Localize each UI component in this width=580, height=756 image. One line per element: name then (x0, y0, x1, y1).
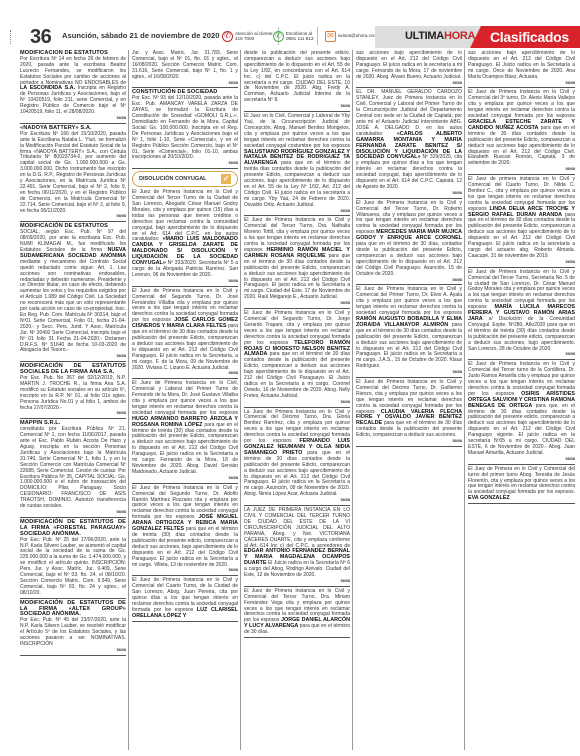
notice-body: El Juez de Primera Instancia en lo Civil… (356, 286, 462, 316)
notice-code: 58/08 (132, 81, 238, 87)
classified-notice: El Juez de Primera Instancia en lo Civil… (132, 288, 238, 380)
page-header: 36 Asunción, sábado 21 de noviembre de 2… (0, 26, 580, 48)
classified-notice: CONSTITUCIÓN DE SOCIEDADPor Esc. Nº 93 d… (132, 89, 238, 169)
customer-service-contact: ✆ Atención al cliente:415 7000 (222, 27, 279, 45)
classified-notice: El Juez de Primera Instancia en lo Civil… (132, 485, 238, 577)
notice-body: El Juez de Primera en lo Civil y Comerci… (468, 466, 575, 496)
notice-heading: MODIFICACIÓN DE ESTATUTOS DE LA FIRMA «F… (20, 520, 126, 538)
phone-icon: ✆ (222, 31, 233, 42)
notice-code: 58/08 (20, 411, 126, 417)
classified-notice: sus acciones bajo apercibimiento de lo d… (356, 50, 462, 88)
notice-body: constituida por Escritura Pública Nº 21,… (20, 426, 126, 509)
notice-body-tail: para que en el término de 30 días, conta… (356, 241, 462, 277)
column-2: Jur. y Asoc. Matríc. Jur. 31.783, Serie … (132, 50, 241, 750)
classified-notice: El Juez en lo Civil, Comercial y Laboral… (244, 113, 350, 216)
notice-body-tail: para que en el término de 30 días contad… (132, 323, 238, 370)
classifieds-columns: MODIFICACIÓN DE ESTATUTOSPor Escritura N… (20, 50, 580, 750)
notice-body: El Juez de Primera Instancia en lo Civil… (132, 380, 238, 416)
notice-body-tail: Nº 329/2020, cita y emplaza por quince d… (356, 154, 462, 190)
whatsapp-icon: ✆ (273, 31, 284, 42)
classified-notice: El Juez de Primera Instancia en lo Civil… (132, 189, 238, 287)
notice-body: El Juez de Primera Instancia en lo Civil… (132, 189, 238, 242)
notice-body: sus acciones bajo apercibimiento de lo d… (468, 50, 575, 80)
contact-value: 415 7000 (235, 36, 254, 41)
classified-notice: El Juez de Primera Instancia en lo Civil… (356, 286, 462, 378)
notice-heading: MODIFICACIÓN DE ESTATUTOS DE LA FIRMA «A… (20, 601, 126, 619)
classified-notice: MODIFICACIÓN DE ESTATUTOSPor Escritura N… (20, 50, 126, 124)
notice-code: 58/08 (244, 579, 350, 585)
classified-notice: MODIFICACIÓN DE ESTATUTOS DE LA FIRMA «A… (20, 600, 126, 656)
column-3: desde la publicación del presente edicto… (244, 50, 353, 750)
notice-body: sus acciones bajo apercibimiento de lo d… (356, 50, 462, 80)
brand-part2: HORA (444, 30, 475, 42)
notice-body-tail: para que en el término de 30 días contad… (356, 322, 462, 369)
notice-code: 58/08 (20, 214, 126, 220)
notice-code: 58/08 (244, 104, 350, 110)
notice-code: 58/08 (468, 260, 575, 266)
notice-code: 58/08 (356, 439, 462, 445)
section-title: Clasificados (470, 26, 580, 48)
notice-body-tail: para que en el término de 30 días contad… (468, 125, 575, 166)
notice-body: Por Esc. Nº 93 del 12/10/2020, pasada an… (132, 95, 238, 160)
notice-code: 58/08 (132, 161, 238, 167)
classified-notice: El Juez de Primera Instancia en lo Civil… (132, 380, 238, 483)
notice-code: 58/08 (20, 510, 126, 516)
classified-notice: El Juez de primera instancia en lo Civil… (468, 176, 575, 268)
classified-notice: El Juez de Primera Instancia en lo Civil… (468, 89, 575, 175)
notice-code: 58/08 (244, 400, 350, 406)
page-number: 36 (30, 26, 51, 48)
notice-body: EL DR. MANUEL GERALDO CARDOZO STANLEY, J… (356, 89, 462, 136)
classified-notice: El Juez de Primera Instancia en lo Civil… (468, 269, 575, 361)
classified-notice: El Juez de Primera Instancia en lo Civil… (132, 577, 238, 621)
notice-body-tail: para que en el término de treinta (30) d… (132, 526, 238, 567)
notice-code: 58/08 (356, 278, 462, 284)
notice-body-tail: mediante y mecanismo del Contrato Social… (20, 259, 126, 354)
notice-code: 58/08 (468, 457, 575, 463)
notice-code: 58/08 (468, 167, 575, 173)
column-5: sus acciones bajo apercibimiento de lo d… (468, 50, 577, 750)
notice-body: Por Esc. Pub. Nº 25 del 17/06/2020, ante… (20, 537, 126, 596)
notice-body-tail: para que en el término de 30 días contad… (244, 450, 350, 497)
notice-body: Por Escritura Nº 14 en fecha 26 de febre… (20, 56, 126, 86)
classified-notice: La Juez de Primera Instancia en lo Civil… (244, 409, 350, 507)
classified-notice: El Juez de Primera Instancia en lo Civil… (468, 361, 575, 464)
notice-code: 58/08 (20, 116, 126, 122)
notice-code: 58/08 (132, 476, 238, 482)
notice-code: 58/08 (20, 354, 126, 360)
notice-code: 58/08 (468, 352, 575, 358)
notice-body: Por Esc. Pub. No 367 del 02/12/2019, N.P… (20, 375, 126, 411)
section-banner: DISOLUCIÓN CONYUGAL✓ (132, 171, 238, 187)
classified-notice: Modificación de Estatutos Sociales de la… (20, 363, 126, 419)
classified-notice: sus acciones bajo apercibimiento de lo d… (468, 50, 575, 88)
classified-notice: «NADOYA BATTERY» S.A.Por Escritura Nº 16… (20, 125, 126, 223)
notice-body: El Juez de Primera Instancia en lo Civil… (468, 89, 575, 119)
classified-notice: Jur. y Asoc. Matríc. Jur. 31.783, Serie … (132, 50, 238, 88)
whatsapp-contact: ✆ Escribinos al0981 111 813 (273, 27, 318, 45)
notice-code: 58/08 (244, 301, 350, 307)
classified-notice: El Juez de Primera Instancia en lo Civil… (356, 379, 462, 447)
column-1: MODIFICACIÓN DE ESTATUTOSPor Escritura N… (20, 50, 129, 750)
notice-body: Por Esc. Pub. Nº 45 del 23/07/2020, ante… (20, 617, 126, 647)
brand-logo: ULTIMAHORA (405, 30, 475, 42)
classified-notice: El Juez de Primera Instancia en lo Civil… (244, 217, 350, 309)
notice-body-tail: para que en el término de treinta (30) d… (132, 422, 238, 475)
notice-body: LA JUEZ DE PRIMERA INSTANCIA EN LO CIVIL… (244, 507, 350, 548)
classified-notice: MAPPIN S.R.L.constituida por Escritura P… (20, 420, 126, 518)
notice-code: 58/08 (356, 81, 462, 87)
brand-part1: ULTIMA (405, 30, 444, 42)
notice-body-tail: para que en el término de 30 días contad… (244, 253, 350, 300)
dateline: Asunción, sábado 21 de noviembre de 2020 (62, 31, 219, 40)
notice-code: 58/08 (244, 209, 350, 215)
notice-body: Por Escritura Nº 166 del 15/10/2020, pas… (20, 131, 126, 214)
classified-notice: MODIFICACIÓN DE ESTATUTOSSOCIAL, según E… (20, 223, 126, 362)
notice-code: 58/08 (132, 371, 238, 377)
classified-notice: El Juez de Primera en lo Civil y Comerci… (468, 466, 575, 504)
notice-code: 58/08 (356, 370, 462, 376)
classified-notice: El Juez de Primera Instancia en lo Civil… (244, 310, 350, 408)
notice-body: desde la publicación del presente edicto… (244, 50, 350, 103)
notice-party-names: EVA GONZALEZ (468, 495, 510, 501)
notice-code: 58/08 (356, 191, 462, 197)
classified-notice: EL DR. MANUEL GERALDO CARDOZO STANLEY, J… (356, 89, 462, 198)
notice-code: 58/08 (468, 81, 575, 87)
classified-notice: El Juez de Primera Instancia en lo Civil… (356, 200, 462, 286)
banner-label: DISOLUCIÓN CONYUGAL (139, 176, 207, 182)
notice-party-names: RAMÓN AUGUSTO BOBADILLA Y ELMA ZORAIDA V… (356, 316, 462, 328)
classified-notice: LA JUEZ DE PRIMERA INSTANCIA EN LO CIVIL… (244, 507, 350, 587)
notice-body-tail: s/ Disolución de la Comunidad Conyugal. … (468, 316, 575, 352)
notice-body: El Juez en lo Civil, Comercial y Laboral… (244, 113, 350, 149)
checkmark-icon: ✓ (221, 174, 231, 184)
notice-code: 58/08 (244, 498, 350, 504)
notice-code: 58/08 (20, 648, 126, 654)
contact-value: 0981 111 813 (286, 36, 313, 41)
notice-body-tail: para que en el término de 30 días contad… (468, 212, 575, 259)
notice-body-tail: para que en el término de treinta días c… (244, 160, 350, 207)
notice-body: Jur. y Asoc. Matríc. Jur. 31.783, Serie … (132, 50, 238, 80)
column-4: sus acciones bajo apercibimiento de lo d… (356, 50, 465, 750)
notice-code: 58/08 (132, 279, 238, 285)
mail-icon: ✉ (325, 31, 336, 42)
classified-notice: MODIFICACIÓN DE ESTATUTOS DE LA FIRMA «F… (20, 519, 126, 599)
classified-notice: desde la publicación del presente edicto… (244, 50, 350, 112)
notice-body-tail: para que, en el término de 30 días conta… (468, 403, 575, 456)
classified-notice: El Juez de Primera Instancia en lo Civil… (244, 588, 350, 638)
notice-body-tail: para que en el término de 30 días contad… (244, 351, 350, 398)
notice-code: 58/08 (132, 568, 238, 574)
